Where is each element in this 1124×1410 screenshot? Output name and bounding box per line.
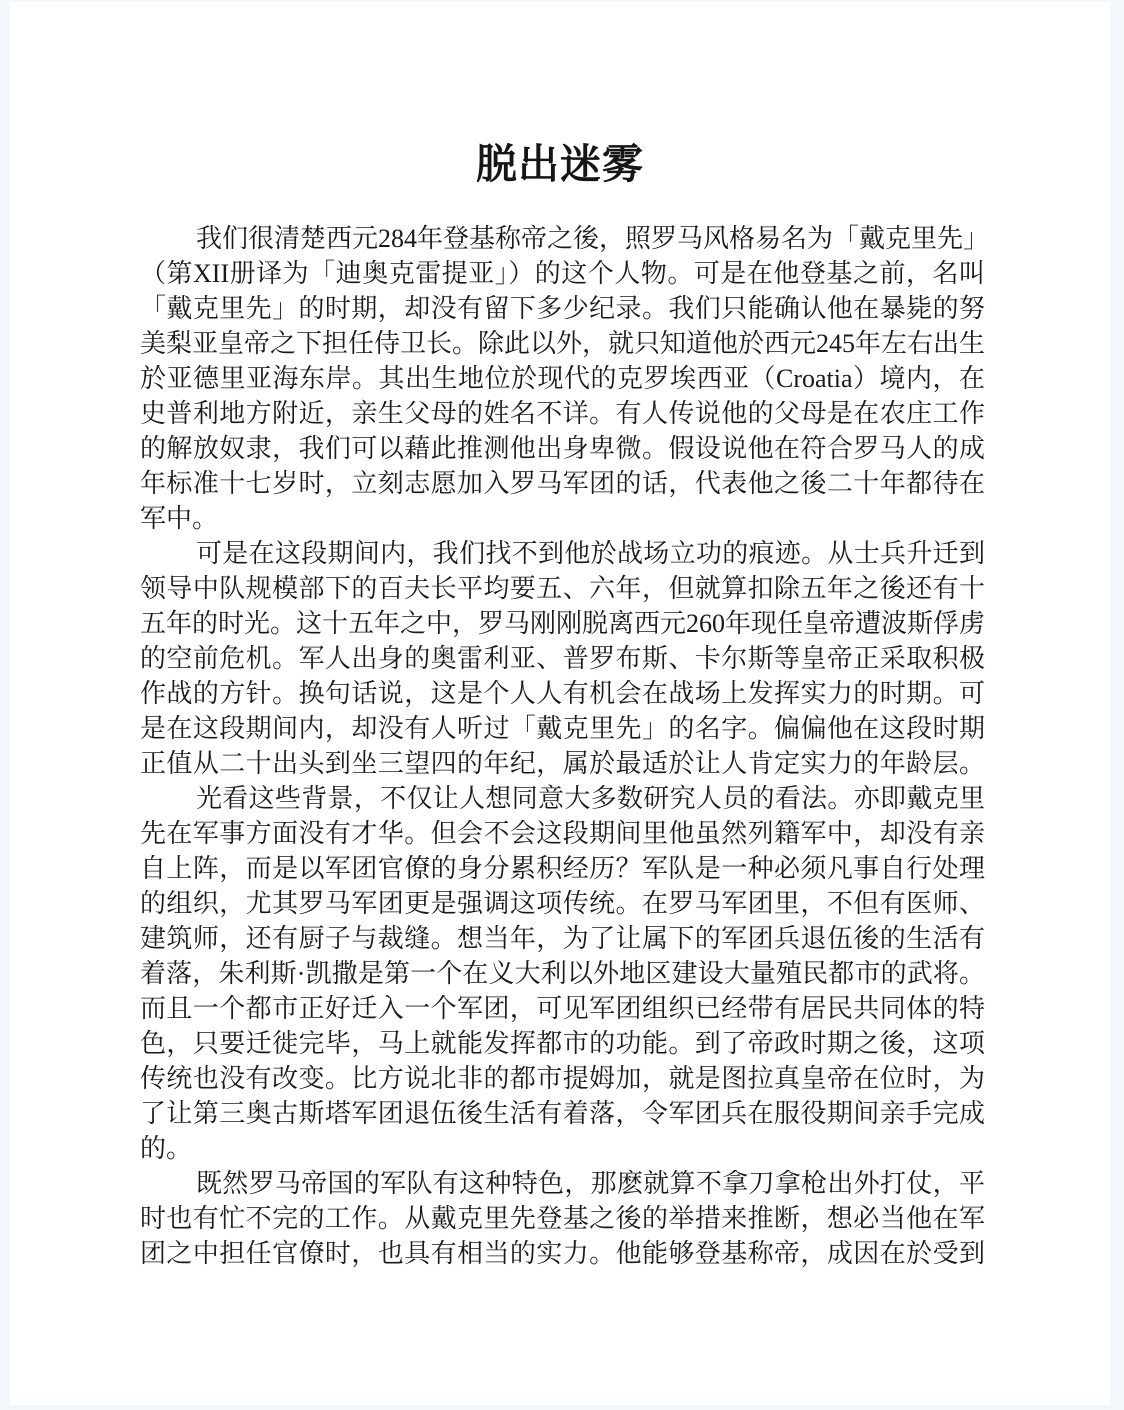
text-line: 建筑师，还有厨子与裁缝。想当年，为了让属下的军团兵退伍後的生活有 (140, 921, 985, 956)
text-line: 领导中队规模部下的百夫长平均要五、六年，但就算扣除五年之後还有十 (140, 571, 985, 606)
paragraph: 我们很清楚西元284年登基称帝之後，照罗马风格易名为「戴克里先」（第XII册译为… (140, 221, 985, 536)
text-line: 团之中担任官僚时，也具有相当的实力。他能够登基称帝，成因在於受到 (140, 1236, 985, 1271)
text-line: 我们很清楚西元284年登基称帝之後，照罗马风格易名为「戴克里先」 (140, 221, 985, 256)
text-line: 「戴克里先」的时期，却没有留下多少纪录。我们只能确认他在暴毙的努 (140, 291, 985, 326)
text-line: 可是在这段期间内，我们找不到他於战场立功的痕迹。从士兵升迁到 (140, 536, 985, 571)
text-line: 色，只要迁徙完毕，马上就能发挥都市的功能。到了帝政时期之後，这项 (140, 1026, 985, 1061)
text-line: 而且一个都市正好迁入一个军团，可见军团组织已经带有居民共同体的特 (140, 991, 985, 1026)
page-title: 脱出迷雾 (10, 140, 1110, 188)
body-text: 我们很清楚西元284年登基称帝之後，照罗马风格易名为「戴克里先」（第XII册译为… (140, 221, 985, 1271)
paragraph: 光看这些背景，不仅让人想同意大多数研究人员的看法。亦即戴克里先在军事方面没有才华… (140, 781, 985, 1166)
text-line: 美梨亚皇帝之下担任侍卫长。除此以外，就只知道他於西元245年左右出生 (140, 326, 985, 361)
paragraph: 可是在这段期间内，我们找不到他於战场立功的痕迹。从士兵升迁到领导中队规模部下的百… (140, 536, 985, 781)
text-line: 既然罗马帝国的军队有这种特色，那麽就算不拿刀拿枪出外打仗，平 (140, 1166, 985, 1201)
text-line: 了让第三奥古斯塔军团退伍後生活有着落，令军团兵在服役期间亲手完成 (140, 1096, 985, 1131)
text-line: 自上阵，而是以军团官僚的身分累积经历？军队是一种必须凡事自行处理 (140, 851, 985, 886)
document-page: 脱出迷雾 我们很清楚西元284年登基称帝之後，照罗马风格易名为「戴克里先」（第X… (10, 2, 1110, 1405)
text-line: 时也有忙不完的工作。从戴克里先登基之後的举措来推断，想必当他在军 (140, 1201, 985, 1236)
text-line: 作战的方针。换句话说，这是个人人有机会在战场上发挥实力的时期。可 (140, 676, 985, 711)
text-line: 的组织，尤其罗马军团更是强调这项传统。在罗马军团里，不但有医师、 (140, 886, 985, 921)
text-line: 传统也没有改变。比方说北非的都市提姆加，就是图拉真皇帝在位时，为 (140, 1061, 985, 1096)
text-line: 是在这段期间内，却没有人听过「戴克里先」的名字。偏偏他在这段时期 (140, 711, 985, 746)
paragraph: 既然罗马帝国的军队有这种特色，那麽就算不拿刀拿枪出外打仗，平时也有忙不完的工作。… (140, 1166, 985, 1271)
text-line: 五年的时光。这十五年之中，罗马刚刚脱离西元260年现任皇帝遭波斯俘虏 (140, 606, 985, 641)
text-line: 的。 (140, 1131, 985, 1166)
text-line: （第XII册译为「迪奥克雷提亚」）的这个人物。可是在他登基之前，名叫 (140, 256, 985, 291)
text-line: 着落，朱利斯·凯撒是第一个在义大利以外地区建设大量殖民都市的武将。 (140, 956, 985, 991)
text-line: 先在军事方面没有才华。但会不会这段期间里他虽然列籍军中，却没有亲 (140, 816, 985, 851)
text-line: 的解放奴隶，我们可以藉此推测他出身卑微。假设说他在符合罗马人的成 (140, 431, 985, 466)
text-line: 光看这些背景，不仅让人想同意大多数研究人员的看法。亦即戴克里 (140, 781, 985, 816)
text-line: 於亚德里亚海东岸。其出生地位於现代的克罗埃西亚（Croatia）境内，在 (140, 361, 985, 396)
text-line: 正值从二十出头到坐三望四的年纪，属於最适於让人肯定实力的年龄层。 (140, 746, 985, 781)
text-line: 史普利地方附近，亲生父母的姓名不详。有人传说他的父母是在农庄工作 (140, 396, 985, 431)
text-line: 的空前危机。军人出身的奥雷利亚、普罗布斯、卡尔斯等皇帝正采取积极 (140, 641, 985, 676)
text-line: 军中。 (140, 501, 985, 536)
text-line: 年标准十七岁时，立刻志愿加入罗马军团的话，代表他之後二十年都待在 (140, 466, 985, 501)
